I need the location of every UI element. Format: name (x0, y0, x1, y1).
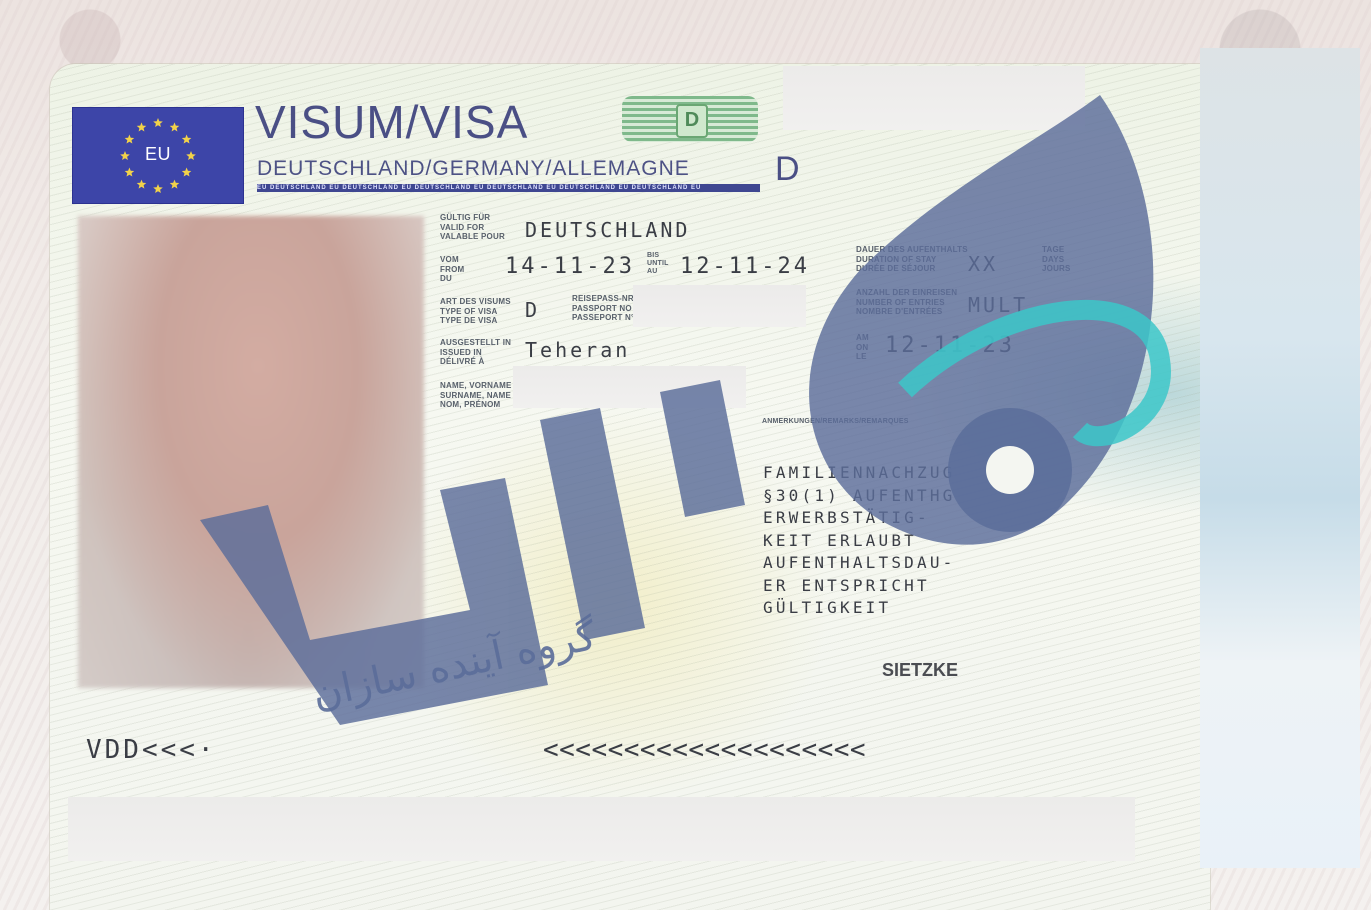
redacted-name (513, 366, 746, 408)
holder-photo-blurred (78, 216, 424, 688)
value-from: 14-11-23 (505, 254, 635, 279)
value-issued-on: 12-11-23 (885, 333, 1015, 358)
visa-title: VISUM/VISA (255, 95, 528, 149)
label-issued-in: AUSGESTELLT INISSUED INDÉLIVRÉ À (440, 338, 511, 367)
mrz-line-1-left: VDD<<<· (86, 735, 217, 765)
value-number-of-entries: MULT (968, 293, 1028, 317)
label-until: BISUNTILAU (647, 252, 669, 276)
redacted-mrz-line-2 (68, 797, 1135, 861)
value-issued-in: Teheran (525, 338, 630, 362)
value-duration-of-stay: XX (968, 252, 998, 276)
label-number-of-entries: ANZAHL DER EINREISENNUMBER OF ENTRIESNOM… (856, 288, 957, 317)
label-duration-of-stay: DAUER DES AUFENTHALTSDURATION OF STAYDUR… (856, 245, 968, 274)
label-type-of-visa: ART DES VISUMSTYPE OF VISATYPE DE VISA (440, 297, 511, 326)
security-letter-stamp: D (622, 96, 758, 142)
issuing-state: DEUTSCHLAND/GERMANY/ALLEMAGNE (257, 157, 690, 181)
redacted-side-panel (1200, 48, 1360, 868)
label-from: VOMFROMDU (440, 255, 464, 284)
security-letter: D (676, 104, 708, 138)
eu-label: EU (143, 144, 173, 165)
remarks-text: FAMILIENNACHZUG §30(1) AUFENTHG ERWERBST… (763, 462, 956, 620)
label-valid-for: GÜLTIG FÜRVALID FORVALABLE POUR (440, 213, 505, 242)
redacted-number (783, 66, 1085, 130)
label-issued-on: AMONLE (856, 333, 869, 362)
value-type-of-visa: D (525, 298, 540, 322)
label-days: TAGEDAYSJOURS (1042, 245, 1071, 274)
mrz-line-1-right: <<<<<<<<<<<<<<<<<<<< (543, 735, 866, 765)
eu-flag: EU (72, 107, 244, 204)
microprint-band: EU DEUTSCHLAND EU DEUTSCHLAND EU DEUTSCH… (257, 184, 760, 192)
visa-category-letter: D (775, 150, 800, 189)
value-until: 12-11-24 (680, 254, 810, 279)
officer-signature: SIETZKE (882, 660, 958, 681)
redacted-passport-no (633, 285, 806, 327)
label-passport-no: REISEPASS-NR.PASSPORT NoPASSEPORT N° (572, 294, 636, 323)
label-remarks: ANMERKUNGEN/REMARKS/REMARQUES (762, 417, 909, 427)
value-valid-for: DEUTSCHLAND (525, 218, 690, 242)
label-name: NAME, VORNAMESURNAME, NAMENOM, PRÉNOM (440, 381, 512, 410)
